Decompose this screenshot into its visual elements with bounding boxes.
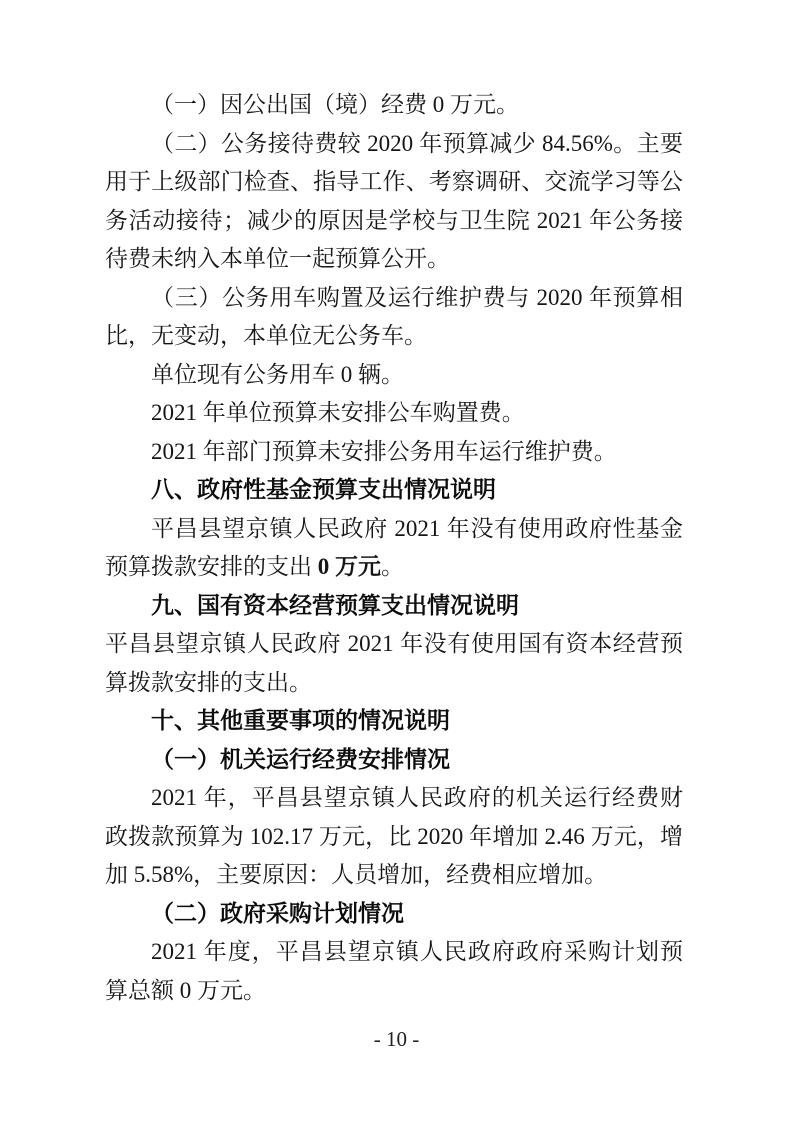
- subheading-gov-procurement-plan: （二）政府采购计划情况: [105, 895, 683, 934]
- para-vehicle-count: 单位现有公务用车 0 辆。: [105, 356, 683, 395]
- para-agency-operation-funds: 2021 年，平昌县望京镇人民政府的机关运行经费财政拨款预算为 102.17 万…: [105, 779, 683, 895]
- heading-section-ten-other-matters: 十、其他重要事项的情况说明: [105, 702, 683, 741]
- para-state-capital-expenditure: 平昌县望京镇人民政府 2021 年没有使用国有资本经营预算拨款安排的支出。: [105, 625, 683, 702]
- para-no-vehicle-maintenance-budget: 2021 年部门预算未安排公务用车运行维护费。: [105, 433, 683, 472]
- para-gov-procurement-plan: 2021 年度，平昌县望京镇人民政府政府采购计划预算总额 0 万元。: [105, 933, 683, 1010]
- para-no-vehicle-purchase-budget: 2021 年单位预算未安排公车购置费。: [105, 394, 683, 433]
- para-gov-fund-expenditure-period: 。: [381, 554, 404, 579]
- para-official-vehicle-fees: （三）公务用车购置及运行维护费与 2020 年预算相比，无变动，本单位无公务车。: [105, 279, 683, 356]
- para-official-trips-abroad: （一）因公出国（境）经费 0 万元。: [105, 86, 683, 125]
- heading-section-eight-gov-fund-budget: 八、政府性基金预算支出情况说明: [105, 471, 683, 510]
- document-page: （一）因公出国（境）经费 0 万元。 （二）公务接待费较 2020 年预算减少 …: [0, 0, 793, 1122]
- document-body: （一）因公出国（境）经费 0 万元。 （二）公务接待费较 2020 年预算减少 …: [105, 86, 683, 1010]
- para-gov-fund-expenditure: 平昌县望京镇人民政府 2021 年没有使用政府性基金预算拨款安排的支出 0 万元…: [105, 510, 683, 587]
- para-official-reception-fees: （二）公务接待费较 2020 年预算减少 84.56%。主要用于上级部门检查、指…: [105, 125, 683, 279]
- para-gov-fund-expenditure-amount: 0 万元: [318, 554, 381, 579]
- heading-section-nine-state-capital-budget: 九、国有资本经营预算支出情况说明: [105, 587, 683, 626]
- subheading-agency-operation-funds: （一）机关运行经费安排情况: [105, 741, 683, 780]
- page-number: - 10 -: [0, 1024, 793, 1054]
